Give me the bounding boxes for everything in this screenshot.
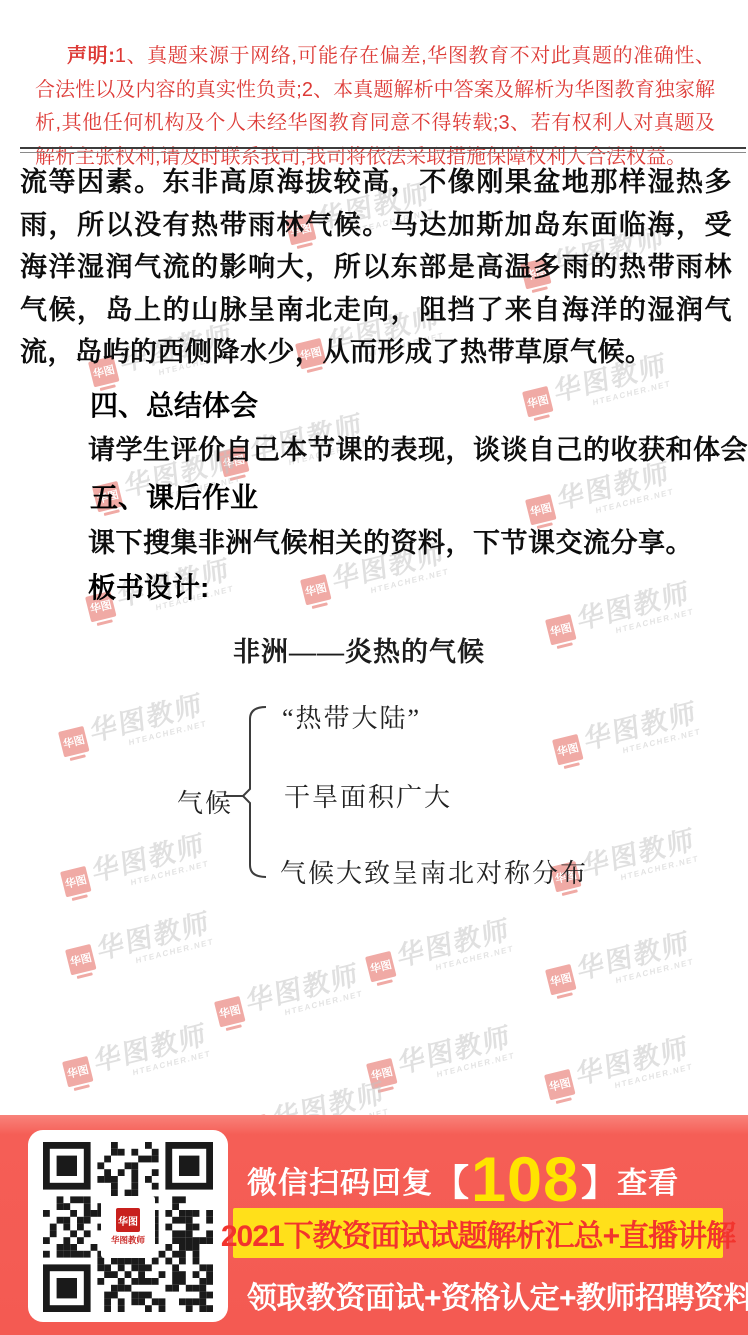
qr-label-brand: 华图教师 (111, 1234, 145, 1246)
banner-bracket-open: 【 (433, 1155, 469, 1206)
brace-connector-icon (222, 697, 272, 887)
qr-center-label: 华图 华图教师 (101, 1196, 155, 1258)
disclaimer: 声明:1、真题来源于网络,可能存在偏差,华图教育不对此真题的准确性、合法性以及内… (35, 40, 715, 174)
banner-line1-suffix: 查看 (617, 1158, 679, 1202)
promo-banner: 华图 华图教师 微信扫码回复 【 108 】 查看 2021下教资面试试题解析汇… (0, 1115, 748, 1335)
divider-rule (20, 147, 746, 153)
banner-line1: 微信扫码回复 【 108 】 查看 (247, 1145, 679, 1215)
banner-line1-prefix: 微信扫码回复 (247, 1158, 433, 1202)
huatu-logo-text: 华图 (118, 1213, 138, 1228)
section-heading-homework: 五、课后作业 (90, 476, 258, 516)
lesson-paragraph: 流等因素。东非高原海拔较高，不像刚果盆地那样湿热多雨，所以没有热带雨林气候。马达… (20, 161, 732, 374)
banner-highlight-strip: 2021下教资面试试题解析汇总+直播讲解 (233, 1208, 723, 1258)
board-title: 非洲——炎热的气候 (233, 630, 485, 669)
qr-code: 华图 华图教师 (28, 1130, 228, 1322)
banner-bracket-close: 】 (581, 1155, 617, 1206)
board-branch-symmetric-distribution: 气候大致呈南北对称分布 (280, 853, 588, 890)
section-heading-summary: 四、总结体会 (90, 384, 258, 424)
banner-line3: 领取教资面试+资格认定+教师招聘资料 (247, 1273, 748, 1317)
board-design-label: 板书设计: (88, 566, 209, 606)
section-paragraph-homework: 课下搜集非洲气候相关的资料，下节课交流分享。 (88, 521, 693, 560)
board-branch-tropical-continent: “热带大陆” (282, 698, 421, 735)
banner-reply-code: 108 (471, 1149, 579, 1212)
huatu-logo-icon: 华图 (116, 1208, 140, 1232)
document-page: 华图华图教师HTEACHER.NET华图华图教师HTEACHER.NET华图华图… (0, 0, 748, 1335)
board-branch-arid-area: 干旱面积广大 (284, 777, 452, 814)
disclaimer-label: 声明: (67, 45, 115, 67)
section-paragraph-summary: 请学生评价自己本节课的表现，谈谈自己的收获和体会。 (88, 428, 748, 467)
